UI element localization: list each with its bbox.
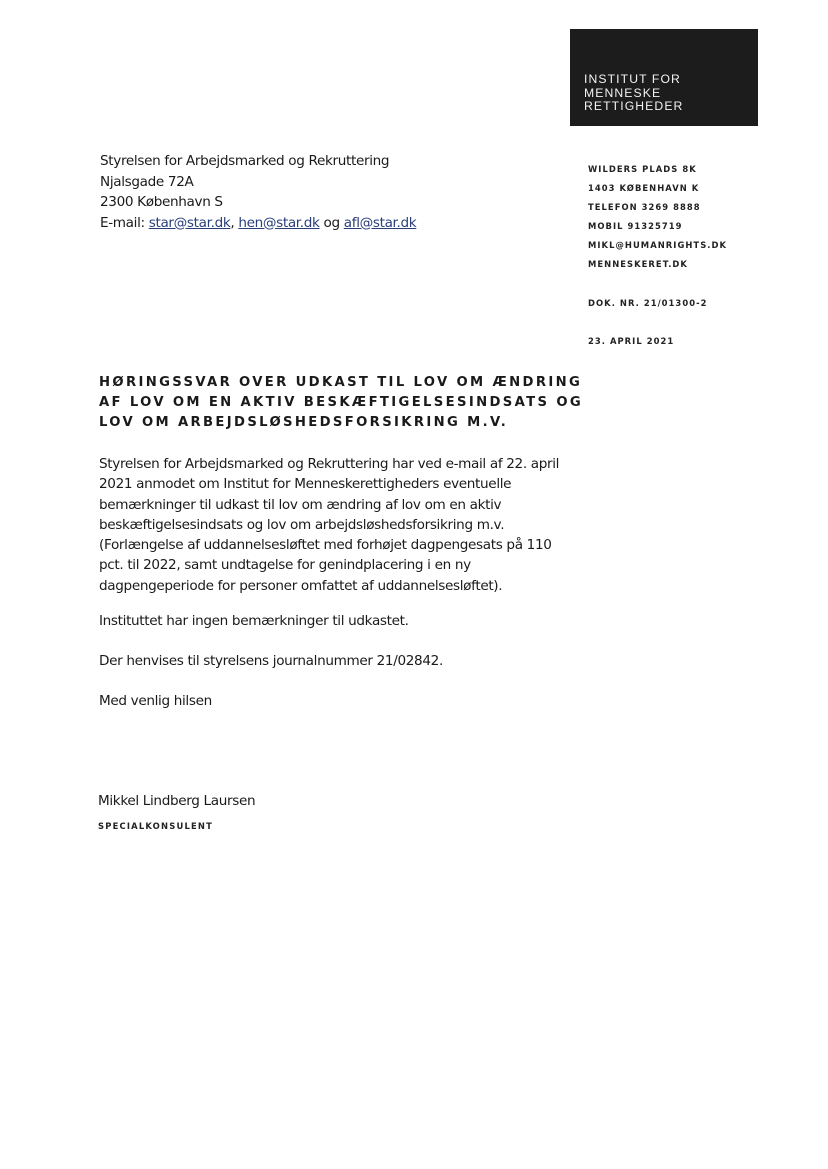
spacer <box>588 275 727 294</box>
email-link-hen[interactable]: hen@star.dk <box>238 215 319 231</box>
sender-email: MIKL@HUMANRIGHTS.DK <box>588 236 727 255</box>
document-number: DOK. NR. 21/01300-2 <box>588 294 727 313</box>
paragraph-line: beskæftigelsesindsats og lov om arbejdsl… <box>99 515 569 535</box>
signature-name: Mikkel Lindberg Laursen <box>98 793 255 809</box>
paragraph-line: dagpengeperiode for personer omfattet af… <box>99 576 569 596</box>
heading-line: HØRINGSSVAR OVER UDKAST TIL LOV OM ÆNDRI… <box>99 373 583 393</box>
sender-address-line2: 1403 KØBENHAVN K <box>588 179 727 198</box>
paragraph-line: 2021 anmodet om Institut for Menneskeret… <box>99 474 569 494</box>
institution-logo: INSTITUT FOR MENNESKE RETTIGHEDER <box>570 29 758 126</box>
spacer <box>588 313 727 332</box>
signature-title: SPECIALKONSULENT <box>98 821 213 831</box>
paragraph-line: (Forlængelse af uddannelsesløftet med fo… <box>99 535 569 555</box>
paragraph-3: Der henvises til styrelsens journalnumme… <box>99 653 443 669</box>
paragraph-1: Styrelsen for Arbejdsmarked og Rekrutter… <box>99 454 569 596</box>
email-label: E-mail: <box>100 215 149 231</box>
sender-mobile: MOBIL 91325719 <box>588 217 727 236</box>
letter-date: 23. APRIL 2021 <box>588 332 727 351</box>
sender-info: WILDERS PLADS 8K 1403 KØBENHAVN K TELEFO… <box>588 160 727 351</box>
email-separator: og <box>320 215 344 231</box>
closing-greeting: Med venlig hilsen <box>99 693 212 709</box>
recipient-street: Njalsgade 72A <box>100 172 416 193</box>
email-link-afl[interactable]: afl@star.dk <box>344 215 417 231</box>
recipient-emails: E-mail: star@star.dk, hen@star.dk og afl… <box>100 213 416 234</box>
paragraph-2: Instituttet har ingen bemærkninger til u… <box>99 613 409 629</box>
paragraph-line: bemærkninger til udkast til lov om ændri… <box>99 495 569 515</box>
recipient-address: Styrelsen for Arbejdsmarked og Rekrutter… <box>100 151 416 233</box>
recipient-name: Styrelsen for Arbejdsmarked og Rekrutter… <box>100 151 416 172</box>
letter-heading: HØRINGSSVAR OVER UDKAST TIL LOV OM ÆNDRI… <box>99 373 583 434</box>
sender-address-line1: WILDERS PLADS 8K <box>588 160 727 179</box>
sender-website: MENNESKERET.DK <box>588 255 727 274</box>
email-link-star[interactable]: star@star.dk <box>149 215 231 231</box>
logo-line: RETTIGHEDER <box>584 100 683 114</box>
recipient-city: 2300 København S <box>100 192 416 213</box>
paragraph-line: Styrelsen for Arbejdsmarked og Rekrutter… <box>99 454 569 474</box>
heading-line: AF LOV OM EN AKTIV BESKÆFTIGELSESINDSATS… <box>99 393 583 413</box>
sender-phone: TELEFON 3269 8888 <box>588 198 727 217</box>
logo-line: MENNESKE <box>584 87 683 101</box>
paragraph-line: pct. til 2022, samt undtagelse for genin… <box>99 555 569 575</box>
logo-line: INSTITUT FOR <box>584 73 683 87</box>
heading-line: LOV OM ARBEJDSLØSHEDSFORSIKRING M.V. <box>99 413 583 433</box>
